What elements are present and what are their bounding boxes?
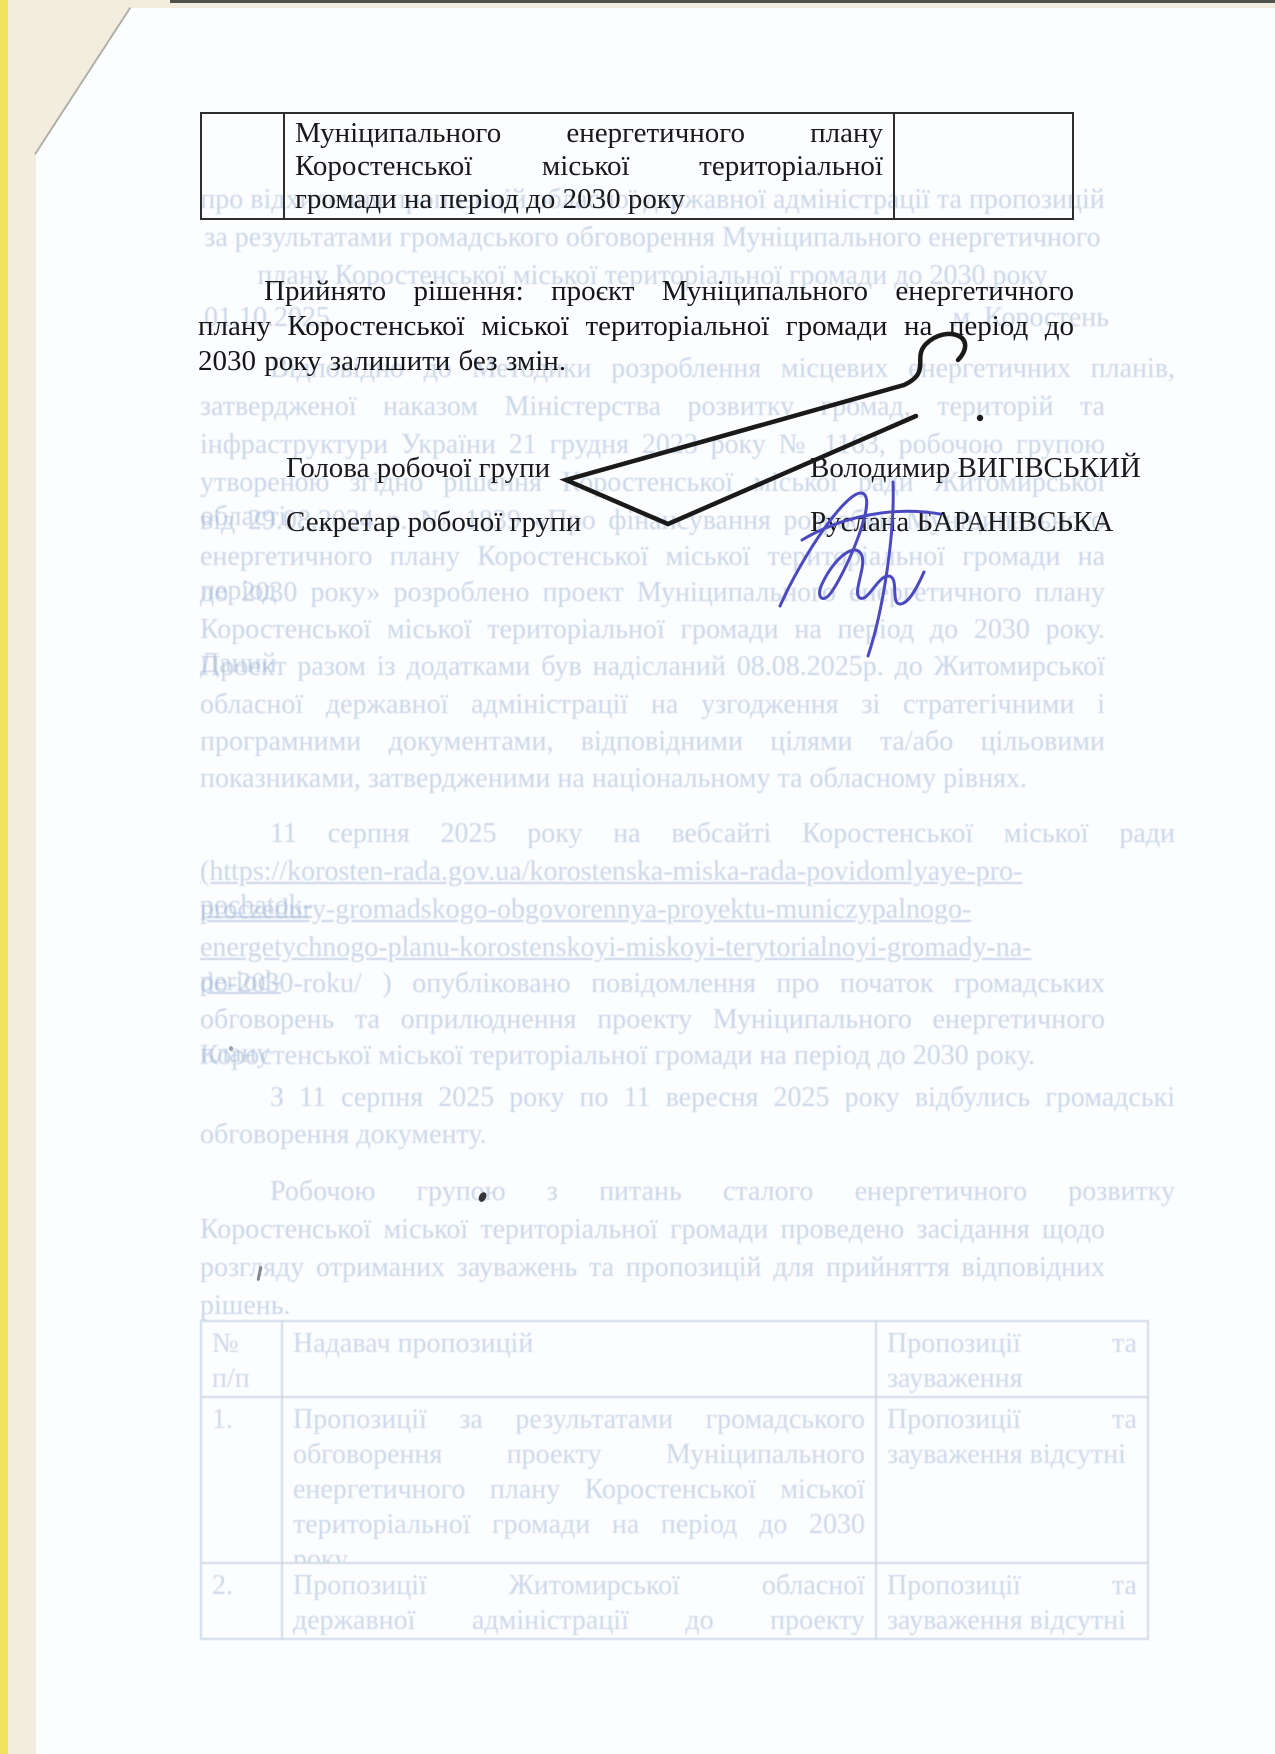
bleed-heading-line: за результатами громадського обговорення… xyxy=(200,221,1105,255)
bleed-table-cell-line: Надавач пропозицій xyxy=(293,1326,865,1361)
bleed-table-header-num: № п/п xyxy=(202,1322,283,1398)
bleed-table-cell-line: року xyxy=(293,1542,865,1564)
bleed-table-cell-line: територіальної громади на період до 2030 xyxy=(293,1507,865,1542)
secretary-signature-ink xyxy=(772,446,977,664)
scan-top-artifact-line xyxy=(170,0,1275,3)
bleed-table-cell-line: зауваження відсутні xyxy=(887,1437,1137,1472)
title-line: громади на період до 2030 року xyxy=(295,183,883,216)
bleed-table-row1-provider: Пропозиції за результатами громадського … xyxy=(283,1398,877,1564)
scan-dust-speck xyxy=(229,1046,233,1051)
bleed-table-cell-line: обговорення проекту Муніципального xyxy=(293,1437,865,1472)
bleed-table-header-provider: Надавач пропозицій xyxy=(283,1322,877,1398)
bleed-text-line: обласної державної адміністрації на узго… xyxy=(200,688,1105,722)
document-title-table: Муніципального енергетичного плану Корос… xyxy=(200,112,1074,220)
bleed-text-line: Коростенської міської територіальної гро… xyxy=(200,1213,1105,1247)
bleed-table-header-proposals: Пропозиції та зауваження xyxy=(877,1322,1147,1398)
bleed-text-line: рішень. xyxy=(200,1289,1105,1323)
bleed-text-line: Коростенської міської територіальної гро… xyxy=(200,1039,1105,1073)
bleed-table-cell-line: Пропозиції та xyxy=(887,1326,1137,1361)
bleed-table-cell-line: зауваження xyxy=(887,1361,1137,1396)
title-line: Муніципального енергетичного плану xyxy=(295,117,883,150)
bleed-text-line: 11 серпня 2025 року на вебсайті Коростен… xyxy=(200,817,1175,851)
bleed-text-line: do-2030-roku/ ) опубліковано повідомленн… xyxy=(200,967,1105,1001)
title-table-text-cell: Муніципального енергетичного плану Корос… xyxy=(285,114,895,218)
bleed-table-cell-line: № xyxy=(212,1326,271,1361)
scanner-edge-strip xyxy=(0,0,8,1754)
bleed-table-cell-line: Пропозиції Житомирської обласної xyxy=(293,1568,865,1603)
bleed-proposals-table: № п/п Надавач пропозицій Пропозиції та з… xyxy=(200,1320,1149,1640)
bleed-table-cell-line: 2. xyxy=(212,1568,271,1603)
bleed-table-cell-line: зауваження відсутні xyxy=(887,1603,1137,1638)
bleed-text-line: обговорення документу. xyxy=(200,1118,1105,1152)
bleed-table-cell-line: енергетичного плану Коростенської місько… xyxy=(293,1472,865,1507)
bleed-text-line: З 11 серпня 2025 року по 11 вересня 2025… xyxy=(200,1081,1175,1115)
chair-role-label: Голова робочої групи xyxy=(286,452,550,485)
bleed-text-line: показниками, затвердженими на національн… xyxy=(200,762,1105,796)
bleed-text-line: Робочою групою з питань сталого енергети… xyxy=(200,1175,1175,1209)
bleed-text-line: розгляду отриманих зауважень та пропозиц… xyxy=(200,1251,1105,1285)
title-table-empty-cell-left xyxy=(202,114,285,218)
bleed-url-line: proczedury-gromadskogo-obgovorennya-proy… xyxy=(200,893,1105,927)
bleed-table-cell-line: 1. xyxy=(212,1402,271,1437)
bleed-table-cell-line: Пропозиції та xyxy=(887,1568,1137,1603)
bleed-table-row2-num: 2. xyxy=(202,1564,283,1638)
bleed-table-cell-line: Пропозиції за результатами громадського xyxy=(293,1402,865,1437)
bleed-table-row1-proposals: Пропозиції та зауваження відсутні xyxy=(877,1398,1147,1564)
title-table-empty-cell-right xyxy=(895,114,1072,218)
bleed-text-line: програмними документами, відповідними ці… xyxy=(200,725,1105,759)
bleed-table-row2-provider: Пропозиції Житомирської обласної державн… xyxy=(283,1564,877,1638)
scanned-document-page: { "colors": { "paper": "#fcfdfe", "scan_… xyxy=(0,0,1275,1754)
bleed-table-cell-line: Пропозиції та xyxy=(887,1402,1137,1437)
bleed-table-cell-line: державної адміністрації до проекту xyxy=(293,1603,865,1638)
title-line: Коростенської міської територіальної xyxy=(295,150,883,183)
bleed-table-row1-num: 1. xyxy=(202,1398,283,1564)
bleed-table-cell-line: п/п xyxy=(212,1361,271,1396)
bleed-table-row2-proposals: Пропозиції та зауваження відсутні xyxy=(877,1564,1147,1638)
